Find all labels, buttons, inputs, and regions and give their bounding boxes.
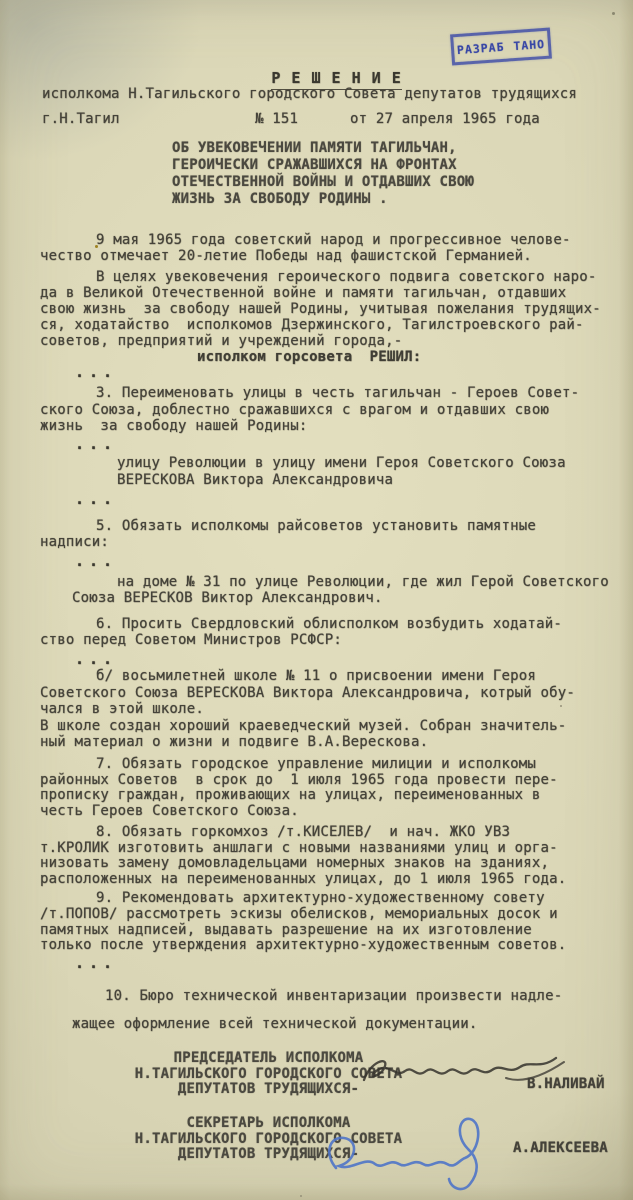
omission-dots-3: ... xyxy=(75,491,117,507)
resolution-heading: исполком горсовета РЕШИЛ: xyxy=(197,349,421,365)
secretary-name: А.АЛЕКСЕЕВА xyxy=(513,1140,608,1156)
omission-dots-2: ... xyxy=(75,436,117,452)
paper-speck xyxy=(560,705,562,707)
resolution-item-8: 8. Обязать горкомхоз /т.КИСЕЛЕВ/ и нач. … xyxy=(40,825,566,887)
resolution-item-10: 10. Бюро технической инвентаризации прои… xyxy=(72,982,562,1038)
document-subject: ОБ УВЕКОВЕЧЕНИИ ПАМЯТИ ТАГИЛЬЧАН, ГЕРОИЧ… xyxy=(172,140,474,208)
resolution-item-3: 3. Переименовать улицы в честь тагильчан… xyxy=(40,385,579,435)
secretary-signature-scrawl xyxy=(320,1108,510,1198)
approval-stamp-text-right: ТАНО xyxy=(513,36,546,52)
document-number: № 151 xyxy=(255,111,298,127)
preamble-paragraph-1: 9 мая 1965 года советский народ и прогре… xyxy=(40,232,571,265)
omission-dots-6: ... xyxy=(75,955,117,971)
omission-dots-1: ... xyxy=(75,364,117,380)
resolution-item-7: 7. Обязать городское управление милиции … xyxy=(40,757,558,819)
omission-dots-4: ... xyxy=(75,553,117,569)
document-date: от 27 апреля 1965 года xyxy=(350,111,540,127)
paper-speck xyxy=(612,12,615,15)
street-rename-entry: улицу Революции в улицу имени Героя Сове… xyxy=(117,455,566,488)
preamble-paragraph-2: В целях увековечения героического подвиг… xyxy=(40,269,601,349)
paper-speck xyxy=(300,1195,302,1197)
issuing-org-line: исполкома Н.Тагильского городского Совет… xyxy=(42,86,577,102)
paper-speck xyxy=(95,245,98,248)
memorial-house-entry: на доме № 31 по улице Революции, где жил… xyxy=(72,574,609,607)
document-city: г.Н.Тагил xyxy=(42,111,120,127)
scanned-document-page: РАЗРАБ ТАНО Р Е Ш Е Н И Е исполкома Н.Та… xyxy=(0,0,633,1200)
chairman-name: В.НАЛИВАЙ xyxy=(527,1076,605,1092)
resolution-item-5: 5. Обязать исполкомы райсоветов установи… xyxy=(40,518,536,551)
resolution-item-6b-school: б/ восьмилетней школе № 11 о присвоении … xyxy=(40,668,575,751)
omission-dots-5: ... xyxy=(75,651,117,667)
resolution-item-6: 6. Просить Свердловский облисполком возб… xyxy=(40,616,562,649)
resolution-item-9: 9. Рекомендовать архитектурно-художестве… xyxy=(40,891,566,954)
